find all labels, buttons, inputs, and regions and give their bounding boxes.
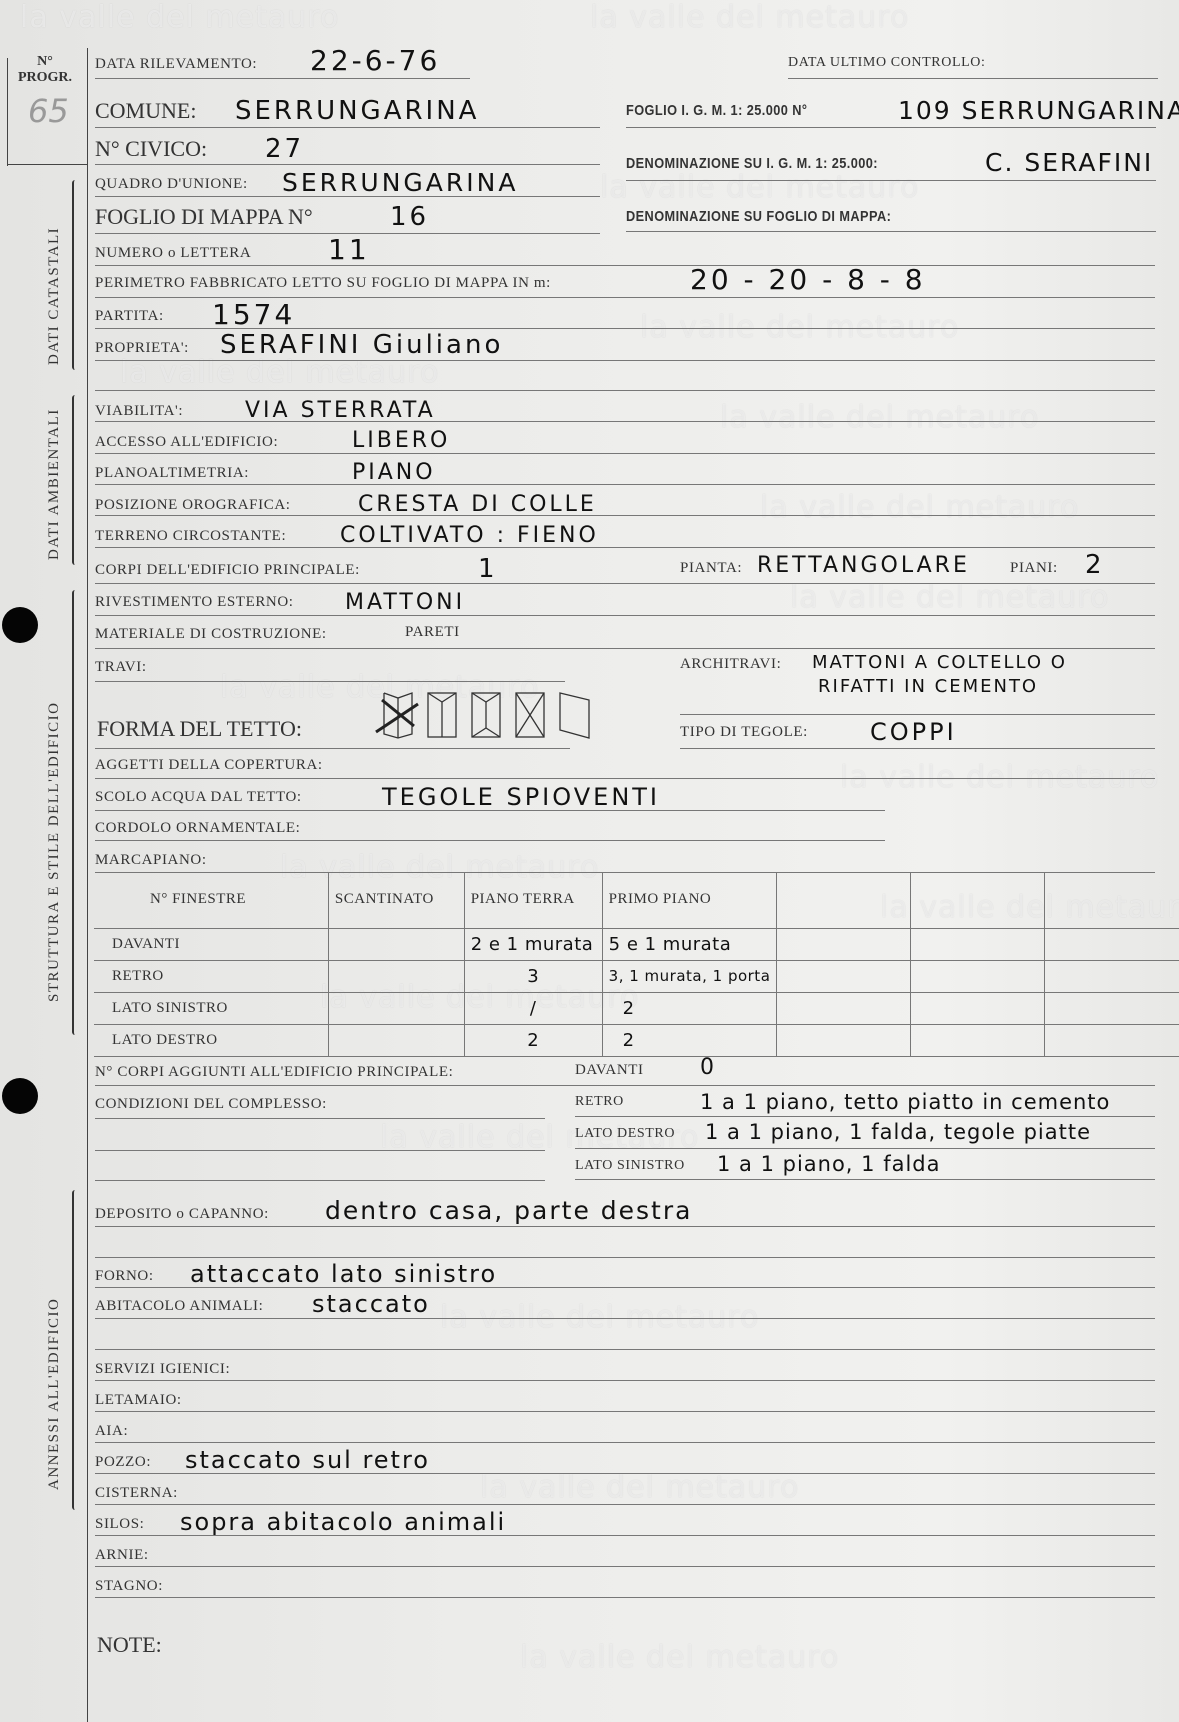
cell[interactable]	[328, 1024, 464, 1056]
denominazione-mappa-label: DENOMINAZIONE SU FOGLIO DI MAPPA:	[626, 208, 891, 225]
rule	[95, 484, 1155, 485]
piani-label: PIANI:	[1010, 560, 1058, 577]
accesso-label: ACCESSO ALL'EDIFICIO:	[95, 434, 278, 451]
rule	[680, 748, 1155, 749]
scolo-label: SCOLO ACQUA DAL TETTO:	[95, 789, 302, 806]
rule	[95, 547, 1155, 548]
cell[interactable]	[777, 1024, 911, 1056]
terreno-label: TERRENO CIRCOSTANTE:	[95, 528, 286, 545]
rule	[95, 1226, 1155, 1227]
scolo-value[interactable]: TEGOLE SPIOVENTI	[382, 783, 660, 811]
civico-value[interactable]: 27	[265, 134, 304, 164]
rule	[95, 840, 885, 841]
rule	[95, 453, 1155, 454]
rule	[95, 164, 600, 165]
rule	[95, 748, 570, 749]
cell[interactable]: 5 e 1 murata	[602, 928, 777, 960]
rule	[95, 1442, 1155, 1443]
note-label: NOTE:	[97, 1632, 162, 1658]
posizione-label: POSIZIONE OROGRAFICA:	[95, 497, 291, 514]
forno-value[interactable]: attaccato lato sinistro	[190, 1260, 497, 1288]
corpi-aggiunti-label: N° CORPI AGGIUNTI ALL'EDIFICIO PRINCIPAL…	[95, 1064, 453, 1081]
row-label: LATO DESTRO	[94, 1024, 328, 1056]
rule	[626, 231, 1156, 232]
forma-tetto-label: FORMA DEL TETTO:	[97, 716, 302, 742]
rule	[95, 390, 1155, 391]
cell[interactable]	[777, 928, 911, 960]
watermark: la valle del metauro	[790, 580, 1109, 615]
cell[interactable]: 3	[464, 960, 602, 992]
cisterna-label: CISTERNA:	[95, 1485, 178, 1502]
rule	[95, 1318, 1155, 1319]
perimetro-label: PERIMETRO FABBRICATO LETTO SU FOGLIO DI …	[95, 275, 551, 292]
rule	[575, 1148, 1155, 1149]
abitacolo-label: ABITACOLO ANIMALI:	[95, 1298, 263, 1315]
corpi-aggiunti-retro-label: RETRO	[575, 1094, 624, 1110]
rule	[95, 196, 600, 197]
watermark: la valle del metauro	[720, 400, 1039, 435]
proprieta-value[interactable]: SERAFINI Giuliano	[220, 330, 503, 360]
cell[interactable]	[777, 992, 911, 1024]
data-rilevamento-value[interactable]: 22-6-76	[310, 44, 440, 77]
table-row: LATO DESTRO 2 2	[94, 1024, 1179, 1056]
numero-lettera-value[interactable]: 11	[328, 233, 370, 266]
materiale-pareti-label: PARETI	[405, 624, 460, 641]
cell[interactable]	[911, 928, 1045, 960]
corpi-aggiunti-davanti-label: DAVANTI	[575, 1062, 644, 1079]
col-header	[1045, 872, 1179, 928]
foglio-mappa-value[interactable]: 16	[390, 202, 429, 232]
deposito-label: DEPOSITO o CAPANNO:	[95, 1206, 269, 1223]
col-header: N° FINESTRE	[94, 872, 328, 928]
col-header: PIANO TERRA	[464, 872, 602, 928]
section-label-struttura: STRUTTURA E STILE DELL'EDIFICIO	[46, 702, 63, 1002]
section-label-dati-catastali: DATI CATASTALI	[46, 227, 63, 365]
viabilita-label: VIABILITA':	[95, 403, 183, 420]
binder-hole	[2, 607, 38, 643]
foglio-mappa-label: FOGLIO DI MAPPA N°	[95, 204, 313, 230]
table-header-row: N° FINESTRE SCANTINATO PIANO TERRA PRIMO…	[94, 872, 1179, 928]
rule	[95, 778, 1155, 779]
pozzo-value[interactable]: staccato sul retro	[185, 1446, 430, 1474]
materiale-label: MATERIALE DI COSTRUZIONE:	[95, 626, 327, 643]
planoaltimetria-label: PLANOALTIMETRIA:	[95, 465, 249, 482]
partita-value[interactable]: 1574	[212, 298, 295, 331]
rule	[95, 1257, 1155, 1258]
rule	[575, 1116, 1155, 1117]
rule	[95, 265, 1155, 266]
pianta-label: PIANTA:	[680, 560, 742, 577]
aia-label: AIA:	[95, 1423, 128, 1440]
gable-roof-icon[interactable]	[376, 693, 418, 738]
stagno-label: STAGNO:	[95, 1578, 163, 1595]
accesso-value[interactable]: LIBERO	[352, 428, 450, 453]
rule	[95, 810, 885, 811]
cell[interactable]: 3, 1 murata, 1 porta	[602, 960, 777, 992]
corpi-aggiunti-lato-sinistro-value[interactable]: 1 a 1 piano, 1 falda	[717, 1152, 941, 1176]
row-label: LATO SINISTRO	[94, 992, 328, 1024]
rule	[95, 515, 1155, 516]
perimetro-value[interactable]: 20 - 20 - 8 - 8	[690, 263, 926, 296]
servizi-label: SERVIZI IGIENICI:	[95, 1361, 230, 1378]
hip-roof-2-icon[interactable]	[472, 693, 500, 737]
finestre-table: N° FINESTRE SCANTINATO PIANO TERRA PRIMO…	[94, 872, 1179, 1057]
section-brace	[72, 395, 78, 565]
col-header	[777, 872, 911, 928]
civico-label: N° CIVICO:	[95, 136, 207, 162]
cell[interactable]	[911, 1024, 1045, 1056]
cell[interactable]	[777, 960, 911, 992]
corpi-aggiunti-lato-sinistro-label: LATO SINISTRO	[575, 1158, 685, 1174]
rule	[95, 421, 1155, 422]
corpi-aggiunti-davanti-value[interactable]: 0	[700, 1055, 717, 1080]
architravi-value-line2[interactable]: RIFATTI IN CEMENTO	[818, 676, 1038, 697]
quadro-unione-label: QUADRO D'UNIONE:	[95, 176, 248, 193]
foglio-igm-label: FOGLIO I. G. M. 1: 25.000 N°	[626, 102, 807, 119]
cell[interactable]	[328, 960, 464, 992]
comune-value[interactable]: SERRUNGARINA	[235, 96, 479, 126]
hip-roof-1-icon[interactable]	[428, 693, 456, 737]
section-brace	[72, 180, 78, 370]
progr-number: 65	[28, 92, 69, 130]
viabilita-value[interactable]: VIA STERRATA	[245, 398, 436, 423]
marcapiano-label: MARCAPIANO:	[95, 852, 207, 869]
shed-roof-icon[interactable]	[560, 693, 589, 738]
col-header: PRIMO PIANO	[602, 872, 777, 928]
section-label-dati-ambientali: DATI AMBIENTALI	[46, 408, 63, 560]
data-rilevamento-label: DATA RILEVAMENTO:	[95, 56, 257, 73]
tipo-tegole-label: TIPO DI TEGOLE:	[680, 724, 808, 741]
watermark: la valle del metauro	[600, 170, 919, 205]
col-header: SCANTINATO	[328, 872, 464, 928]
cell[interactable]	[328, 928, 464, 960]
partita-label: PARTITA:	[95, 308, 164, 325]
roof-shape-options	[374, 690, 594, 740]
progr-box-border	[7, 164, 87, 165]
architravi-label: ARCHITRAVI:	[680, 656, 781, 673]
foglio-igm-value[interactable]: 109 SERRUNGARINA	[898, 96, 1179, 125]
cell[interactable]: /	[464, 992, 602, 1024]
rule	[575, 1179, 1155, 1180]
cell[interactable]	[911, 992, 1045, 1024]
pianta-value[interactable]: RETTANGOLARE	[757, 553, 970, 578]
deposito-value[interactable]: dentro casa, parte destra	[325, 1196, 692, 1225]
aggetti-label: AGGETTI DELLA COPERTURA:	[95, 757, 323, 774]
table-row: RETRO 3 3, 1 murata, 1 porta	[94, 960, 1179, 992]
cell[interactable]	[328, 992, 464, 1024]
progr-label: N° PROGR.	[8, 54, 82, 86]
cell[interactable]: 2 e 1 murata	[464, 928, 602, 960]
corpi-aggiunti-lato-destro-value[interactable]: 1 a 1 piano, 1 falda, tegole piatte	[705, 1120, 1091, 1144]
watermark: la valle del metauro	[590, 0, 909, 35]
cell[interactable]	[911, 960, 1045, 992]
terreno-value[interactable]: COLTIVATO : FIENO	[340, 523, 599, 548]
planoaltimetria-value[interactable]: PIANO	[352, 460, 436, 485]
rule	[95, 1118, 545, 1119]
corpi-label: CORPI DELL'EDIFICIO PRINCIPALE:	[95, 562, 360, 579]
piani-value[interactable]: 2	[1085, 550, 1105, 580]
watermark: la valle del metauro	[20, 0, 339, 35]
rule	[95, 1566, 1155, 1567]
denominazione-igm-value[interactable]: C. SERAFINI	[985, 148, 1153, 177]
rule	[95, 1473, 1155, 1474]
rivestimento-label: RIVESTIMENTO ESTERNO:	[95, 594, 294, 611]
rule	[95, 328, 1155, 329]
section-brace	[72, 1190, 78, 1510]
rule	[95, 615, 1155, 616]
rule	[95, 1180, 545, 1181]
margin-rule	[87, 48, 88, 1722]
architravi-value-line1[interactable]: MATTONI A COLTELLO O	[812, 652, 1067, 673]
corpi-value[interactable]: 1	[478, 554, 498, 584]
cell[interactable]	[1045, 1024, 1179, 1056]
condizioni-label: CONDIZIONI DEL COMPLESSO:	[95, 1096, 327, 1113]
arnie-label: ARNIE:	[95, 1547, 149, 1564]
rule	[95, 1287, 1155, 1288]
comune-label: COMUNE:	[95, 98, 196, 124]
silos-value[interactable]: sopra abitacolo animali	[180, 1508, 506, 1536]
rule	[95, 1085, 1155, 1086]
survey-form-page: la valle del metauro la valle del metaur…	[0, 0, 1179, 1722]
rule	[95, 1597, 1155, 1598]
quadro-unione-value[interactable]: SERRUNGARINA	[282, 168, 518, 197]
rule	[95, 1150, 545, 1151]
corpi-aggiunti-retro-value[interactable]: 1 a 1 piano, tetto piatto in cemento	[700, 1090, 1110, 1114]
travi-label: TRAVI:	[95, 659, 147, 676]
note-field[interactable]	[95, 1660, 1155, 1720]
forno-label: FORNO:	[95, 1268, 154, 1285]
proprieta-label: PROPRIETA':	[95, 340, 189, 357]
rule	[95, 127, 600, 128]
rule	[95, 1535, 1155, 1536]
data-ultimo-controllo-label: DATA ULTIMO CONTROLLO:	[788, 55, 985, 71]
tipo-tegole-value[interactable]: COPPI	[870, 718, 957, 746]
table-row: DAVANTI 2 e 1 murata 5 e 1 murata	[94, 928, 1179, 960]
rivestimento-value[interactable]: MATTONI	[345, 590, 465, 615]
pavilion-roof-icon[interactable]	[516, 693, 544, 737]
pozzo-label: POZZO:	[95, 1454, 151, 1471]
rule	[626, 127, 1156, 128]
cell[interactable]	[1045, 960, 1179, 992]
rule	[680, 714, 1155, 715]
denominazione-igm-label: DENOMINAZIONE SU I. G. M. 1: 25.000:	[626, 155, 878, 172]
binder-hole	[2, 1078, 38, 1114]
watermark: la valle del metauro	[480, 1470, 799, 1505]
cordolo-label: CORDOLO ORNAMENTALE:	[95, 820, 300, 837]
rule	[95, 1349, 1155, 1350]
rule	[95, 1411, 1155, 1412]
cell[interactable]: 2	[464, 1024, 602, 1056]
cell[interactable]: 2	[602, 1024, 777, 1056]
posizione-value[interactable]: CRESTA DI COLLE	[358, 492, 597, 517]
row-label: RETRO	[94, 960, 328, 992]
rule	[95, 681, 565, 682]
silos-label: SILOS:	[95, 1516, 144, 1533]
rule	[95, 1380, 1155, 1381]
col-header	[911, 872, 1045, 928]
letamaio-label: LETAMAIO:	[95, 1392, 182, 1409]
section-label-annessi: ANNESSI ALL'EDIFICIO	[46, 1298, 63, 1490]
cell[interactable]	[1045, 992, 1179, 1024]
rule	[626, 180, 1156, 181]
rule	[95, 78, 470, 79]
rule	[95, 648, 1155, 649]
rule	[95, 583, 1155, 584]
watermark: la valle del metauro	[760, 490, 1079, 525]
cell[interactable]: 2	[602, 992, 777, 1024]
section-brace	[72, 590, 78, 1035]
rule	[95, 360, 1155, 361]
abitacolo-value[interactable]: staccato	[312, 1290, 430, 1318]
rule	[788, 78, 1158, 79]
table-row: LATO SINISTRO / 2	[94, 992, 1179, 1024]
rule	[95, 1504, 1155, 1505]
corpi-aggiunti-lato-destro-label: LATO DESTRO	[575, 1126, 675, 1142]
numero-lettera-label: NUMERO o LETTERA	[95, 245, 251, 262]
cell[interactable]	[1045, 928, 1179, 960]
row-label: DAVANTI	[94, 928, 328, 960]
